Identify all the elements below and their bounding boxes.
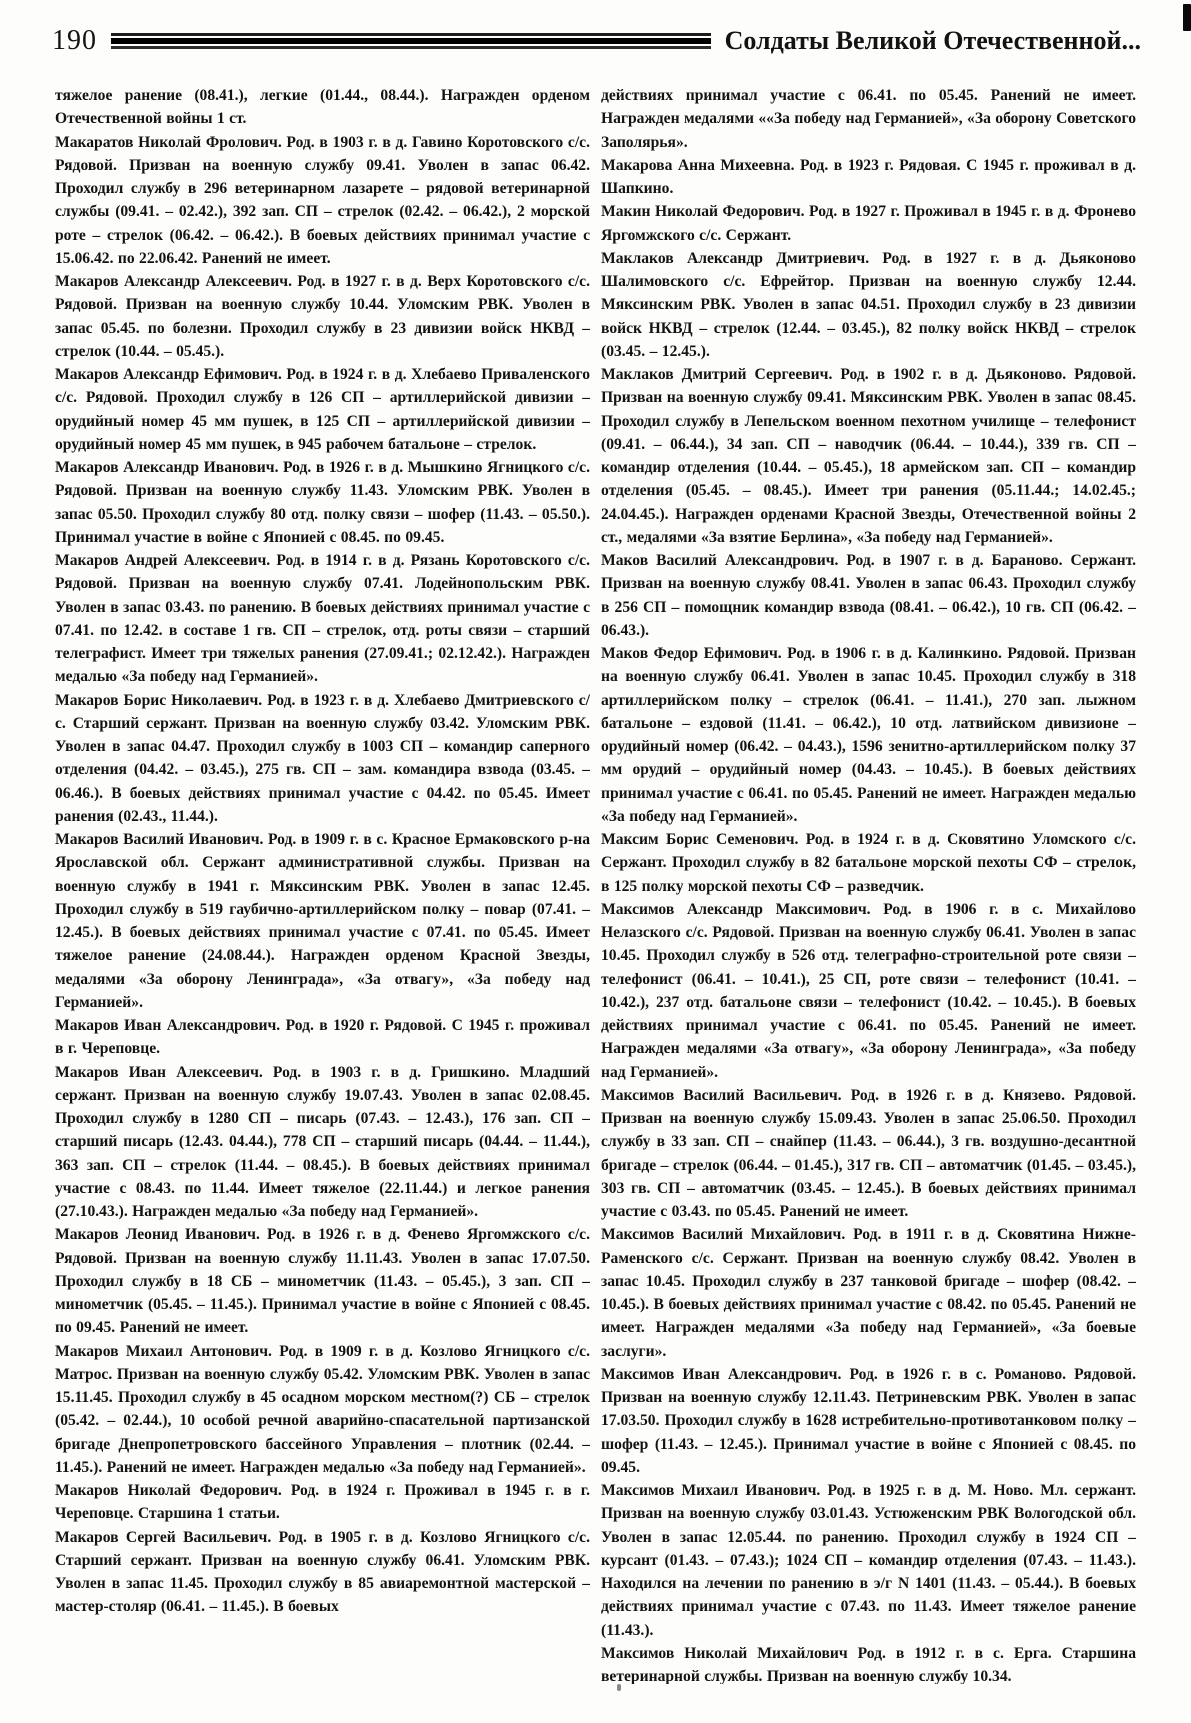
scan-speck-bottom <box>617 1684 621 1691</box>
entry-paragraph: Максимов Михаил Иванович. Род. в 1925 г.… <box>601 1479 1136 1642</box>
text-column-right: действиях принимал участие с 06.41. по 0… <box>601 84 1136 1684</box>
entry-paragraph: Макаров Борис Николаевич. Род. в 1923 г.… <box>55 689 590 829</box>
entry-paragraph: Макаров Иван Александрович. Род. в 1920 … <box>55 1014 590 1061</box>
entry-paragraph: Максимов Василий Васильевич. Род. в 1926… <box>601 1084 1136 1224</box>
scan-mark-top-right <box>1183 4 1191 31</box>
entry-paragraph: Маклаков Александр Дмитриевич. Род. в 19… <box>601 247 1136 363</box>
entry-paragraph: Максимов Иван Александрович. Род. в 1926… <box>601 1363 1136 1479</box>
entry-paragraph: Маков Федор Ефимович. Род. в 1906 г. в д… <box>601 642 1136 828</box>
entry-paragraph: Макин Николай Федорович. Род. в 1927 г. … <box>601 200 1136 247</box>
entry-paragraph: Макаров Андрей Алексеевич. Род. в 1914 г… <box>55 549 590 689</box>
entry-paragraph: Максим Борис Семенович. Род. в 1924 г. в… <box>601 828 1136 898</box>
entry-paragraph: Максимов Василий Михайлович. Род. в 1911… <box>601 1223 1136 1363</box>
entry-paragraph: Маклаков Дмитрий Сергеевич. Род. в 1902 … <box>601 363 1136 549</box>
entry-paragraph: Макаров Иван Алексеевич. Род. в 1903 г. … <box>55 1061 590 1224</box>
page-number: 190 <box>52 26 97 56</box>
entry-paragraph: действиях принимал участие с 06.41. по 0… <box>601 84 1136 154</box>
entry-paragraph: Макаров Александр Алексеевич. Род. в 192… <box>55 270 590 363</box>
entry-paragraph: Макаров Сергей Васильевич. Род. в 1905 г… <box>55 1526 590 1619</box>
entry-paragraph: Макаров Михаил Антонович. Род. в 1909 г.… <box>55 1340 590 1480</box>
running-title: Солдаты Великой Отечественной... <box>725 26 1141 56</box>
header-rule <box>111 33 711 49</box>
book-page: 190 Солдаты Великой Отечественной... тяж… <box>0 0 1191 1723</box>
entry-paragraph: Максимов Николай Михайлович Род. в 1912 … <box>601 1642 1136 1684</box>
entry-paragraph: Макаров Николай Федорович. Род. в 1924 г… <box>55 1479 590 1526</box>
entry-paragraph: Макаров Александр Ефимович. Род. в 1924 … <box>55 363 590 456</box>
entry-paragraph: Максимов Александр Максимович. Род. в 19… <box>601 898 1136 1084</box>
text-column-left: тяжелое ранение (08.41.), легкие (01.44.… <box>55 84 590 1649</box>
entry-paragraph: Макаров Василий Иванович. Род. в 1909 г.… <box>55 828 590 1014</box>
page-header: 190 Солдаты Великой Отечественной... <box>52 26 1141 56</box>
entry-paragraph: Макаратов Николай Фролович. Род. в 1903 … <box>55 131 590 271</box>
entry-paragraph: Макаров Александр Иванович. Род. в 1926 … <box>55 456 590 549</box>
entry-paragraph: Маков Василий Александрович. Род. в 1907… <box>601 549 1136 642</box>
entry-paragraph: Макарова Анна Михеевна. Род. в 1923 г. Р… <box>601 154 1136 201</box>
entry-paragraph: тяжелое ранение (08.41.), легкие (01.44.… <box>55 84 590 131</box>
entry-paragraph: Макаров Леонид Иванович. Род. в 1926 г. … <box>55 1223 590 1339</box>
